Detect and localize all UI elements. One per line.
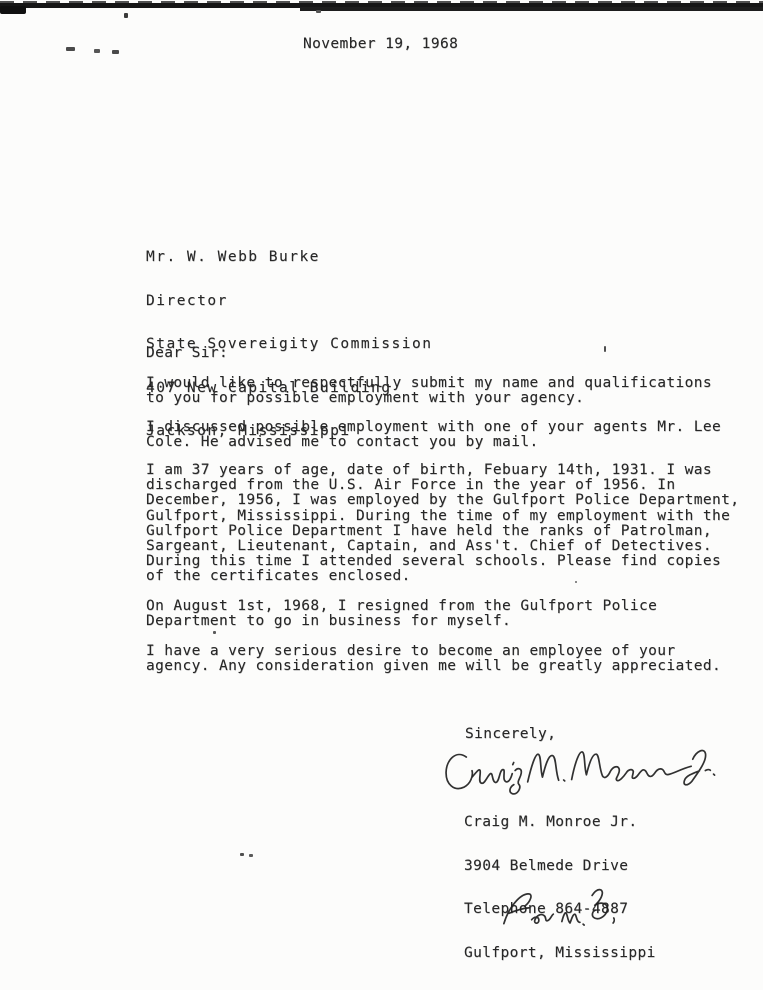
scan-speck (94, 49, 100, 53)
scan-speck (316, 10, 321, 13)
recipient-name: Mr. W. Webb Burke (146, 250, 432, 265)
scan-speck (66, 47, 75, 51)
paragraph-2: I discussed possible employment with one… (146, 420, 721, 450)
paragraph-1: I would like to respectfully submit my n… (146, 376, 712, 406)
paragraph-3: I am 37 years of age, date of birth, Feb… (146, 463, 739, 585)
paragraph-4: On August 1st, 1968, I resigned from the… (146, 599, 657, 629)
signer-street: 3904 Belmede Drive (464, 859, 656, 874)
scan-edge-blob (0, 6, 26, 14)
scan-speck (604, 346, 606, 352)
scan-speck (124, 13, 128, 18)
scan-edge-artifact (0, 0, 763, 16)
signer-city: Gulfport, Mississippi (464, 946, 656, 961)
letter-date: November 19, 1968 (303, 37, 458, 52)
scan-speck (249, 854, 253, 857)
handwritten-file-note (493, 878, 646, 940)
salutation: Dear Sir: (146, 346, 228, 361)
signer-name: Craig M. Monroe Jr. (464, 815, 656, 830)
scan-speck (240, 853, 244, 856)
scan-speck (213, 631, 216, 634)
paragraph-5: I have a very serious desire to become a… (146, 644, 721, 674)
letter-page: November 19, 1968 Mr. W. Webb Burke Dire… (0, 0, 763, 990)
scan-edge-bar-thick (300, 7, 763, 11)
recipient-title: Director (146, 294, 432, 309)
scan-speck (112, 50, 119, 54)
